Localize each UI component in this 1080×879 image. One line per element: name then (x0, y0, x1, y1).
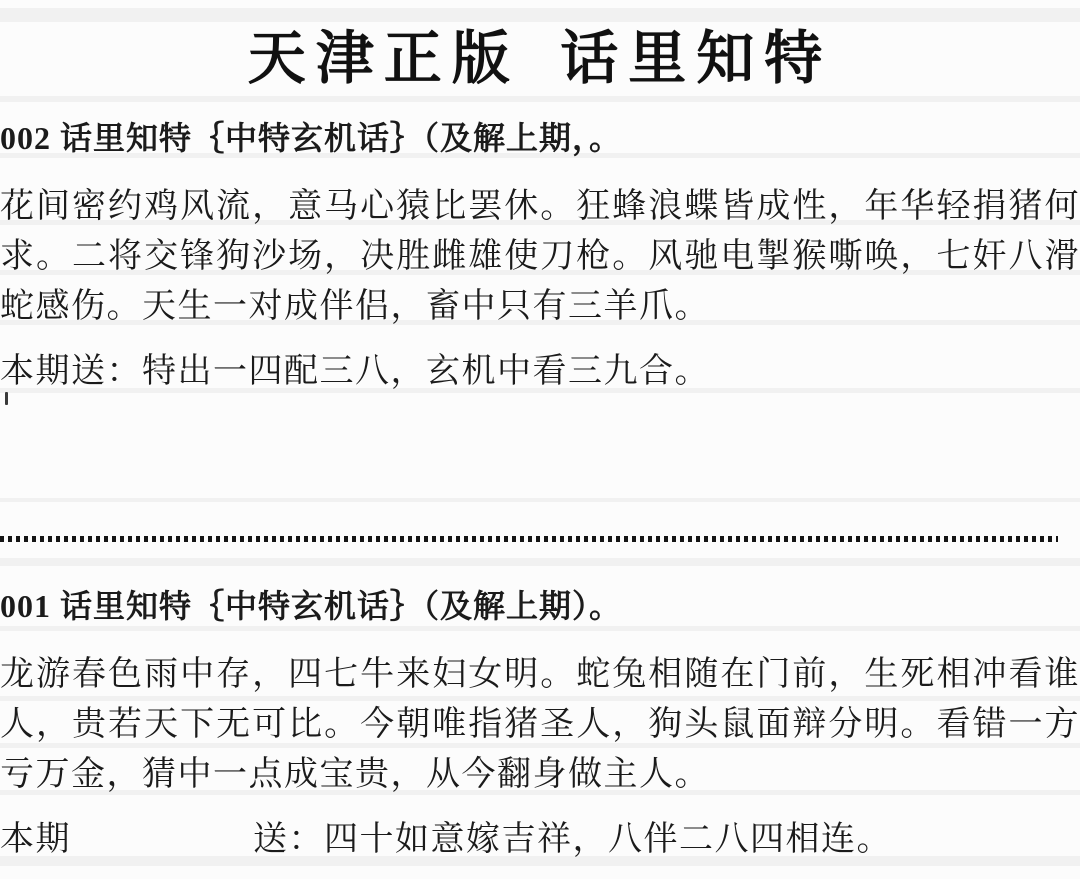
scan-artifact-band (0, 96, 1080, 102)
issue-001-gift-line: 本期送：四十如意嫁吉祥，八伴二八四相连。 (0, 818, 1080, 862)
issue-001-gift-text: 送：四十如意嫁吉祥，八伴二八四相连。 (253, 821, 892, 858)
issue-001-gift-label: 本期 (0, 821, 71, 858)
stray-scan-mark (5, 392, 8, 405)
issue-002-gift-line: 本期送：特出一四配三八，玄机中看三九合。 (0, 350, 1080, 394)
page-title: 天津正版 话里知特 (0, 0, 1080, 96)
issue-002-verse: 花间密约鸡风流，意马心猿比罢休。狂蜂浪蝶皆成性，年华轻捐猪何求。二将交锋狗沙场，… (0, 182, 1080, 332)
issue-001-verse: 龙游春色雨中存，四七牛来妇女明。蛇兔相随在门前，生死相冲看谁人，贵若天下无可比。… (0, 650, 1080, 800)
scanned-document-page: 天津正版 话里知特 002 话里知特｛中特玄机话｝（及解上期，。 花间密约鸡风流… (0, 0, 1080, 879)
scan-artifact-band (0, 558, 1080, 566)
scan-artifact-band (0, 498, 1080, 502)
issue-002-section: 002 话里知特｛中特玄机话｝（及解上期，。 花间密约鸡风流，意马心猿比罢休。狂… (0, 118, 1080, 394)
issue-002-heading: 002 话里知特｛中特玄机话｝（及解上期，。 (0, 118, 1080, 158)
dotted-divider (0, 536, 1058, 542)
issue-001-section: 001 话里知特｛中特玄机话｝（及解上期）。 龙游春色雨中存，四七牛来妇女明。蛇… (0, 586, 1080, 862)
issue-001-heading: 001 话里知特｛中特玄机话｝（及解上期）。 (0, 586, 1080, 626)
